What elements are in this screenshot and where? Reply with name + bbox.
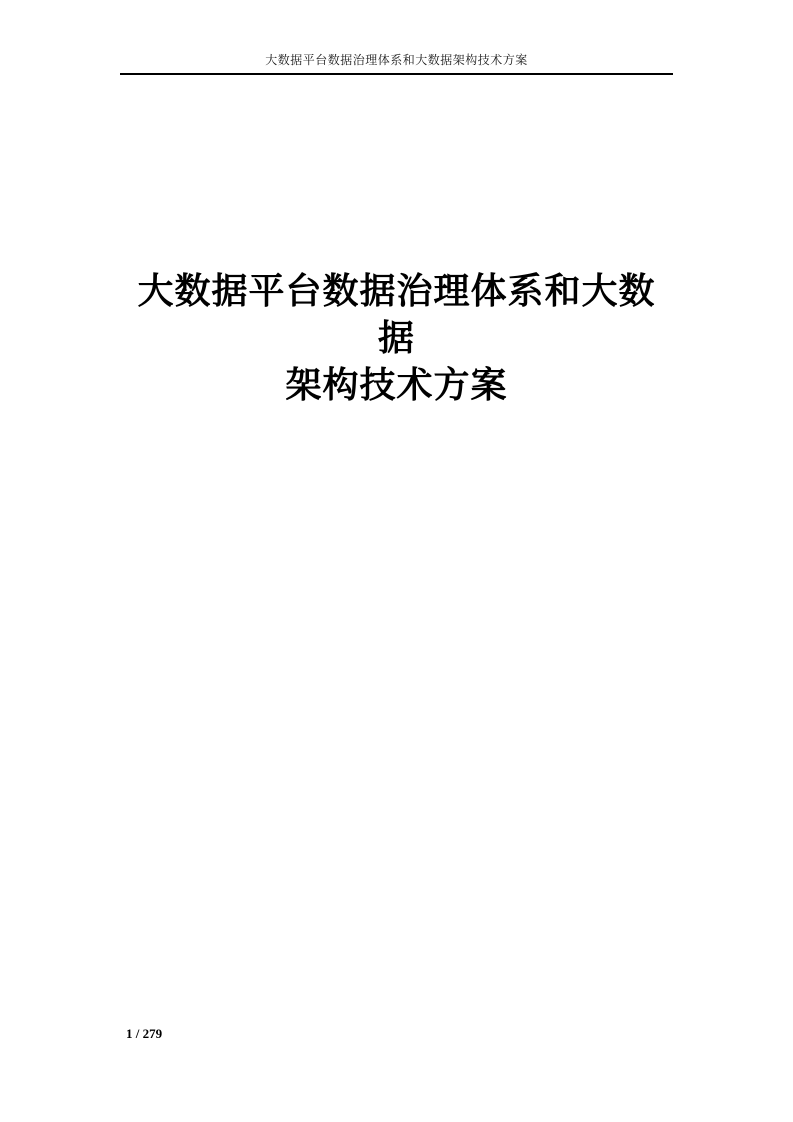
- page-number-indicator: 1 / 279: [126, 1027, 162, 1041]
- document-title: 大数据平台数据治理体系和大数据 架构技术方案: [120, 268, 673, 409]
- document-title-line1: 大数据平台数据治理体系和大数据: [120, 268, 673, 362]
- document-title-line2: 架构技术方案: [120, 362, 673, 409]
- page-header-text: 大数据平台数据治理体系和大数据架构技术方案: [265, 53, 528, 67]
- page-header: 大数据平台数据治理体系和大数据架构技术方案: [120, 52, 673, 75]
- document-page: 大数据平台数据治理体系和大数据架构技术方案 大数据平台数据治理体系和大数据 架构…: [0, 0, 793, 1122]
